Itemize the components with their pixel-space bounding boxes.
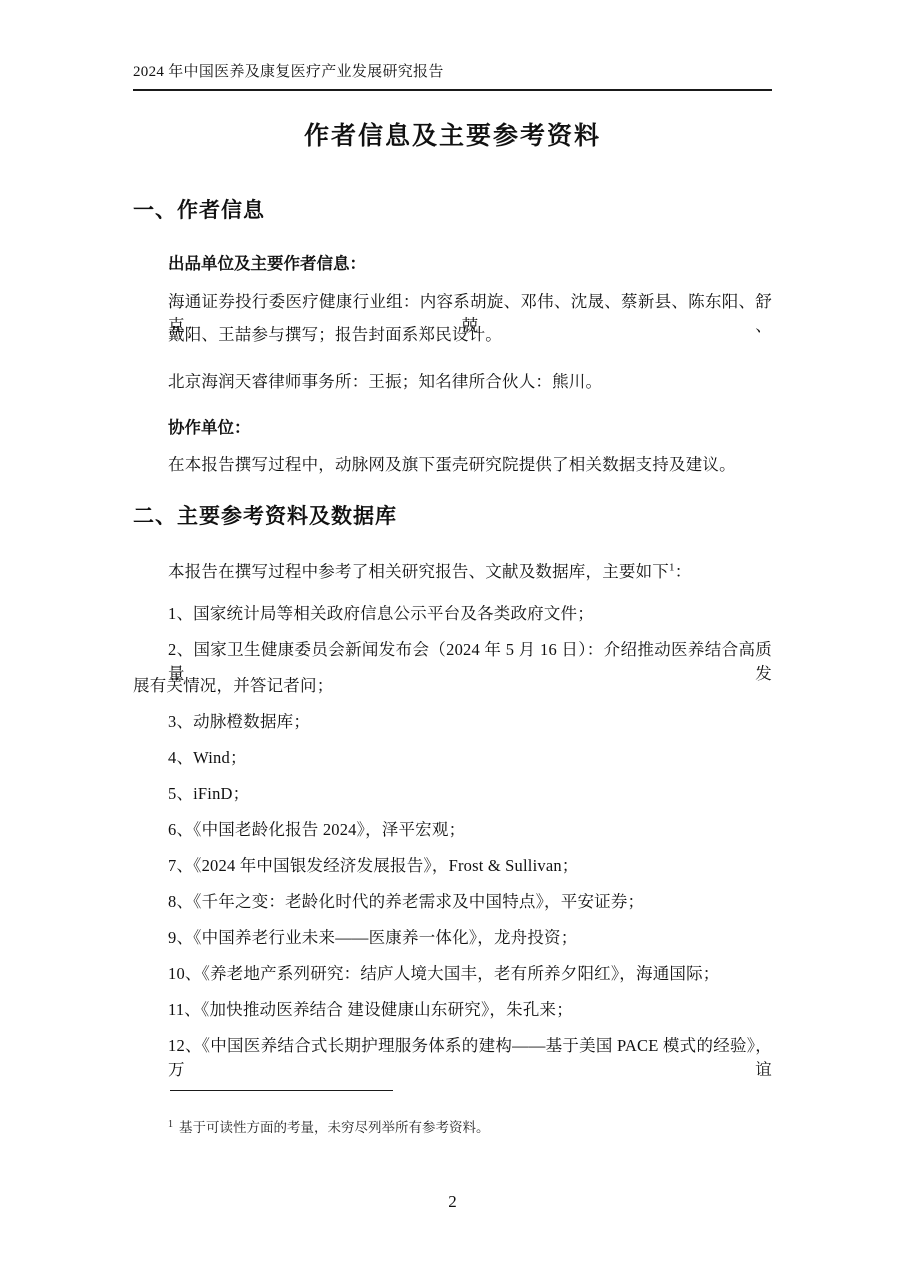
partner-text: 在本报告撰写过程中，动脉网及旗下蛋壳研究院提供了相关数据支持及建议。 xyxy=(168,451,772,475)
reference-item: 4、Wind； xyxy=(133,744,772,768)
reference-item: 9、《中国养老行业未来——医康养一体化》，龙舟投资； xyxy=(133,924,772,948)
reference-item: 8、《千年之变：老龄化时代的养老需求及中国特点》，平安证券； xyxy=(133,888,772,912)
producer-line-2: 戴阳、王喆参与撰写；报告封面系郑民设计。 xyxy=(168,321,772,345)
reference-item: 7、《2024 年中国银发经济发展报告》，Frost & Sullivan； xyxy=(133,852,772,876)
references-intro-tail: ： xyxy=(675,562,692,581)
page-title: 作者信息及主要参考资料 xyxy=(0,116,905,152)
reference-item: 6、《中国老龄化报告 2024》，泽平宏观； xyxy=(133,816,772,840)
reference-item-wrap: 展有关情况，并答记者问； xyxy=(133,672,772,696)
section-heading-references: 二、主要参考资料及数据库 xyxy=(133,500,772,530)
reference-item: 3、动脉橙数据库； xyxy=(133,708,772,732)
producer-label: 出品单位及主要作者信息： xyxy=(168,250,772,274)
footnote-separator xyxy=(170,1090,393,1091)
reference-item: 12、《中国医养结合式长期护理服务体系的建构——基于美国 PACE 模式的经验》… xyxy=(133,1032,772,1080)
running-header: 2024 年中国医养及康复医疗产业发展研究报告 xyxy=(133,60,772,91)
law-firm-line: 北京海润天睿律师事务所：王振；知名律所合伙人：熊川。 xyxy=(168,368,772,392)
footnote-marker: 1 xyxy=(168,1119,173,1130)
document-page: 2024 年中国医养及康复医疗产业发展研究报告 作者信息及主要参考资料 一、作者… xyxy=(0,0,905,1280)
page-number: 2 xyxy=(0,1192,905,1212)
reference-item: 5、iFinD； xyxy=(133,780,772,804)
reference-item: 11、《加快推动医养结合 建设健康山东研究》，朱孔来； xyxy=(133,996,772,1020)
footnote: 1基于可读性方面的考量，未穷尽列举所有参考资料。 xyxy=(168,1116,788,1136)
references-intro-text: 本报告在撰写过程中参考了相关研究报告、文献及数据库，主要如下 xyxy=(168,562,669,581)
footnote-text: 基于可读性方面的考量，未穷尽列举所有参考资料。 xyxy=(179,1120,490,1135)
reference-item: 1、国家统计局等相关政府信息公示平台及各类政府文件； xyxy=(133,600,772,624)
section-heading-authors: 一、作者信息 xyxy=(133,194,772,224)
references-intro: 本报告在撰写过程中参考了相关研究报告、文献及数据库，主要如下1： xyxy=(168,558,772,582)
partner-label: 协作单位： xyxy=(168,414,772,438)
reference-item: 10、《养老地产系列研究：结庐人境大国丰，老有所养夕阳红》，海通国际； xyxy=(133,960,772,984)
